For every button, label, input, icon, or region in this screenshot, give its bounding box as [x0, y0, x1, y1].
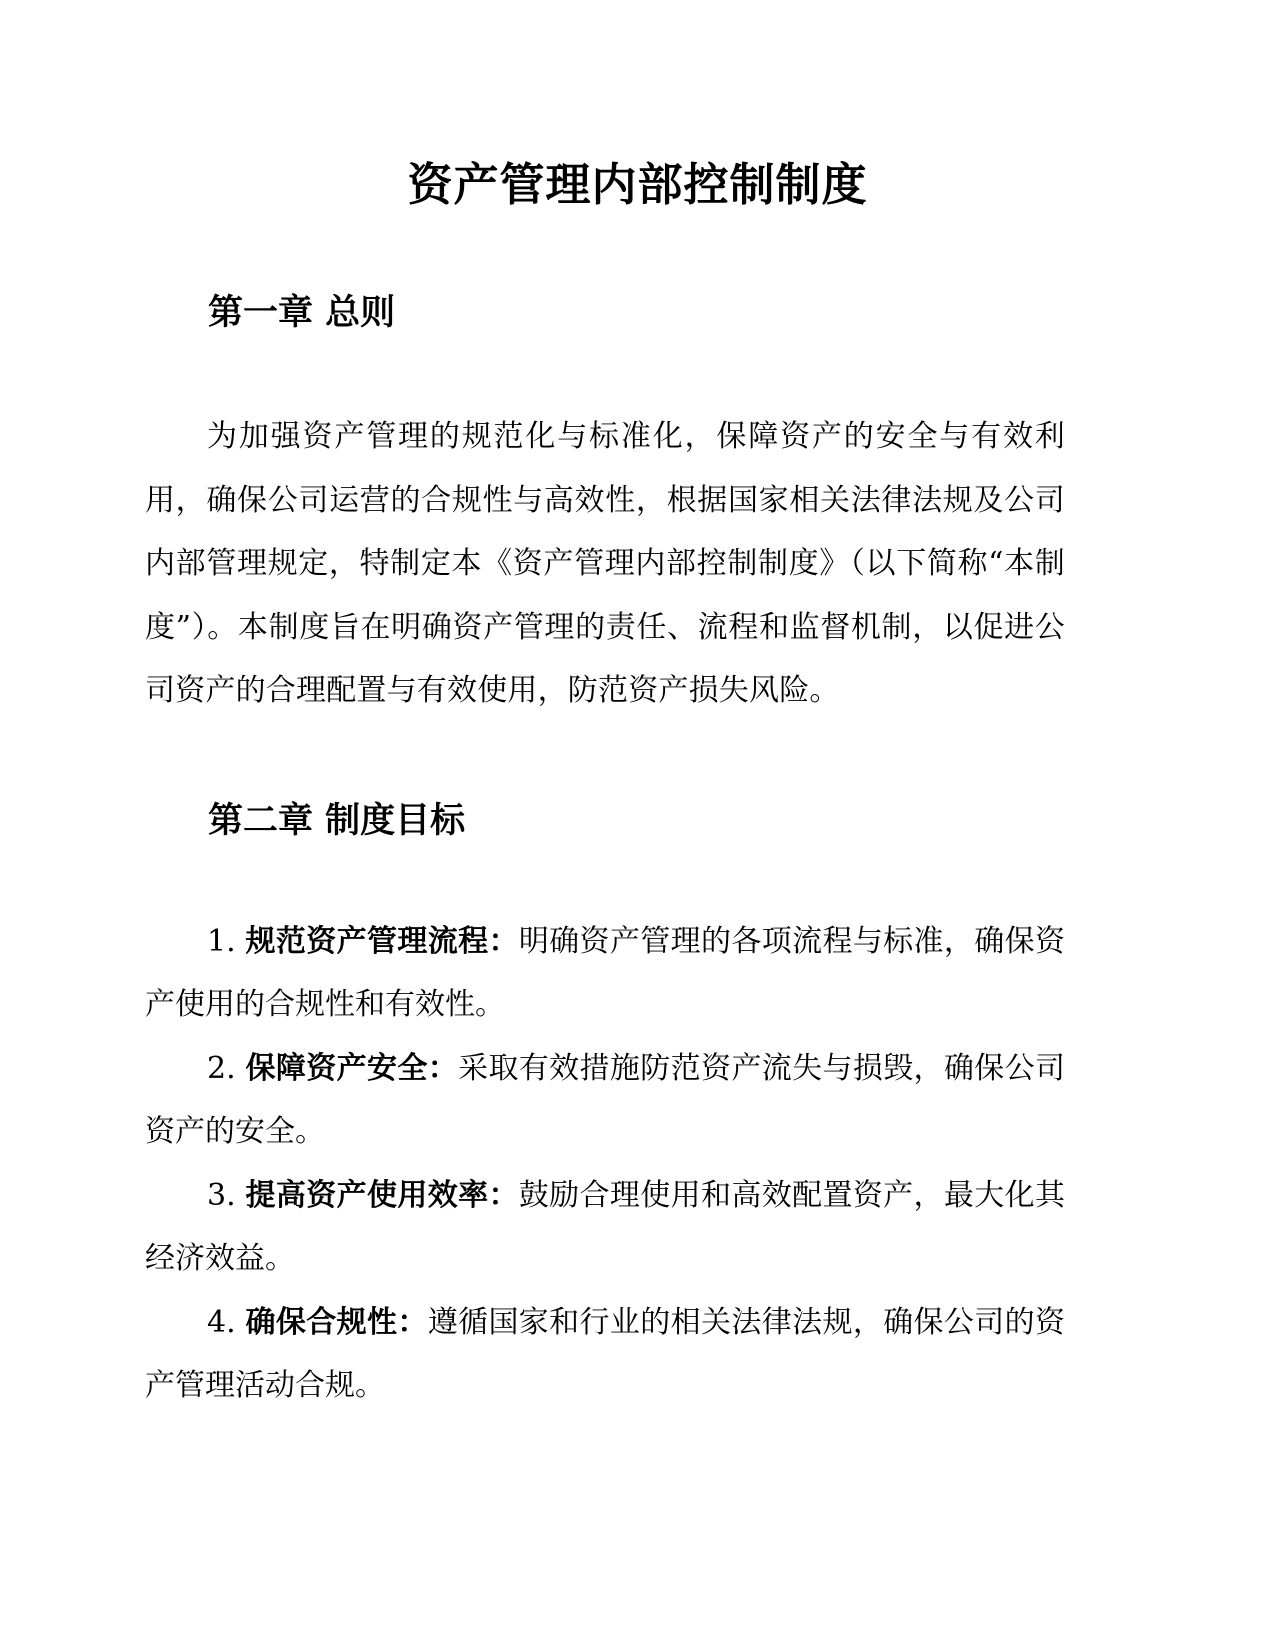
- list-item: 1. 规范资产管理流程：明确资产管理的各项流程与标准，确保资产使用的合规性和有效…: [145, 910, 1065, 1036]
- item-number: 2.: [207, 1051, 236, 1086]
- chapter-heading-2: 第二章 制度目标: [208, 793, 465, 843]
- item-number: 3.: [207, 1178, 236, 1213]
- chapter-heading-1: 第一章 总则: [208, 285, 395, 335]
- item-label: 提高资产使用效率：: [246, 1178, 519, 1213]
- document-title: 资产管理内部控制制度: [0, 148, 1275, 213]
- chapter-1-paragraph: 为加强资产管理的规范化与标准化，保障资产的安全与有效利用，确保公司运营的合规性与…: [145, 405, 1065, 723]
- item-label: 确保合规性：: [246, 1305, 428, 1340]
- document-page: 资产管理内部控制制度 第一章 总则 为加强资产管理的规范化与标准化，保障资产的安…: [0, 0, 1275, 1650]
- item-label: 保障资产安全：: [246, 1051, 459, 1086]
- list-item: 3. 提高资产使用效率：鼓励合理使用和高效配置资产，最大化其经济效益。: [145, 1164, 1065, 1290]
- list-item: 4. 确保合规性：遵循国家和行业的相关法律法规，确保公司的资产管理活动合规。: [145, 1291, 1065, 1417]
- item-label: 规范资产管理流程：: [246, 924, 519, 959]
- list-item: 2. 保障资产安全：采取有效措施防范资产流失与损毁，确保公司资产的安全。: [145, 1037, 1065, 1163]
- item-number: 4.: [207, 1305, 236, 1340]
- item-number: 1.: [207, 924, 236, 959]
